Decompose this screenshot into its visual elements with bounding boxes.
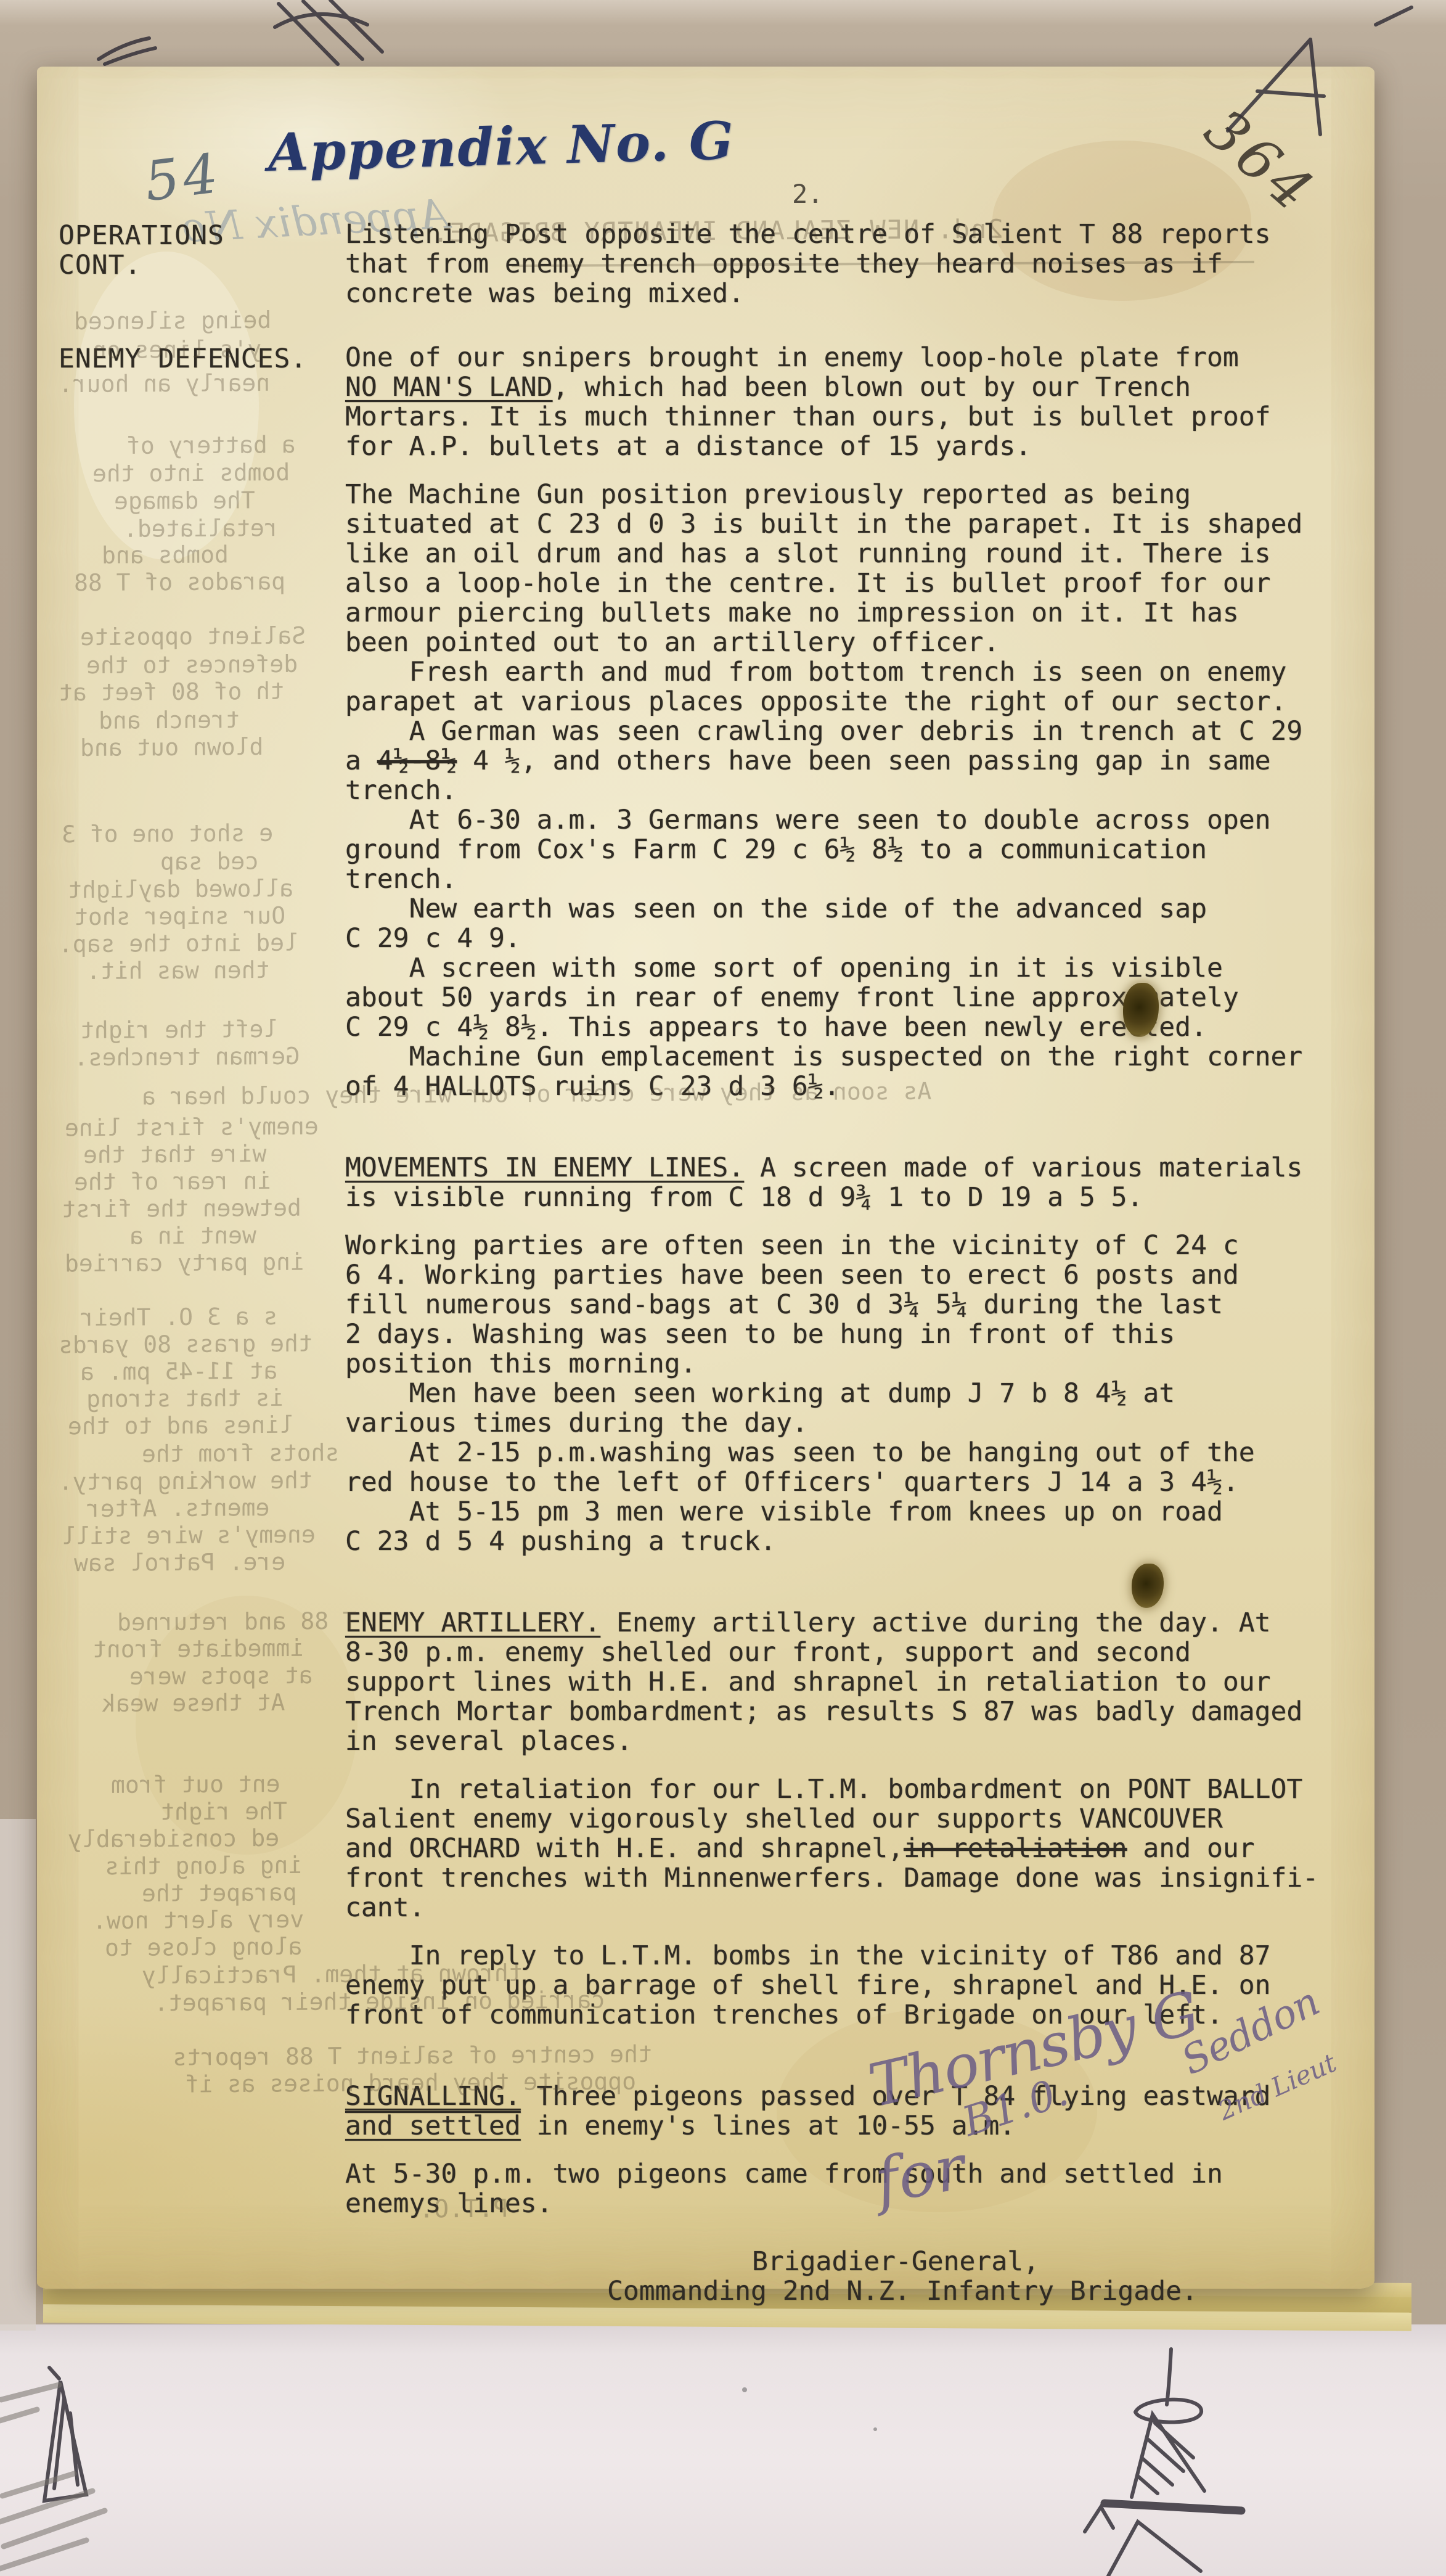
- bleedthrough-fragment: bombs into the: [92, 459, 290, 487]
- bleedthrough-fragment: ing along this: [105, 1852, 303, 1880]
- bleedthrough-fragment: bombs and: [102, 541, 229, 568]
- bleedthrough-fragment: The damage: [114, 486, 255, 515]
- bleedthrough-fragment: the centre of salient T 88 reports: [173, 2040, 652, 2070]
- bleedthrough-fragment: s a 3 O. Their: [80, 1303, 278, 1331]
- bleedthrough-fragment: enemy's first line: [65, 1113, 319, 1142]
- bleedthrough-fragment: shots from the: [142, 1439, 340, 1467]
- bleedthrough-fragment: immediate front: [92, 1635, 304, 1663]
- bleedthrough-fragment: ements. After: [86, 1494, 270, 1522]
- bleedthrough-fragment: very alert now.: [92, 1906, 304, 1934]
- bleedthrough-fragment: along close to: [105, 1933, 303, 1961]
- bleedthrough-fragment: thrown at them. Practically: [142, 1959, 523, 1989]
- bleedthrough-fragment: wire that the: [83, 1140, 267, 1168]
- bleedthrough-fragment: ing party carried: [65, 1249, 304, 1278]
- bleedthrough-fragment: opposite they heard noises as if: [185, 2067, 636, 2098]
- bleedthrough-fragment: As soon as they were clear of our wire t…: [142, 1078, 931, 1110]
- bleedthrough-fragment: being silenced: [74, 306, 272, 335]
- bleedthrough-fragment: T 88 and returned: [117, 1607, 357, 1636]
- bleedthrough-fragment: nearly an hour.: [59, 369, 270, 398]
- bleedthrough-fragment: The right: [160, 1797, 287, 1825]
- bleedthrough-fragment: led into the sap.: [59, 929, 298, 958]
- bleedthrough-fragment: Salient opposite: [80, 622, 306, 651]
- bleedthrough-fragment: ed considerably: [68, 1824, 279, 1853]
- bleedthrough-fragment: then was hit.: [86, 956, 270, 985]
- bleedthrough-fragment: blown out and: [80, 733, 264, 761]
- bleedthrough-fragment: in rear of the: [74, 1167, 272, 1196]
- bleedthrough-fragment: a battery of: [126, 431, 296, 459]
- bleedthrough-layer: being silencedy's lines onnearly an hour…: [0, 0, 1446, 2576]
- bleedthrough-fragment: trench and: [99, 706, 240, 734]
- bleedthrough-fragment: German trenches.: [74, 1043, 300, 1072]
- bleedthrough-fragment: went in a: [129, 1221, 256, 1249]
- bleedthrough-fragment: between the first: [62, 1194, 301, 1223]
- bleedthrough-fragment: allowed daylight: [68, 875, 293, 904]
- bleedthrough-fragment: carried on inside their parapet.: [154, 1986, 605, 2016]
- bleedthrough-fragment: At these weak: [102, 1689, 285, 1717]
- bleedthrough-fragment: ent out from: [111, 1770, 280, 1799]
- bleedthrough-fragment: parapet the: [142, 1879, 297, 1907]
- bleedthrough-fragment: enemy's wire still: [62, 1521, 316, 1550]
- bleedthrough-fragment: ced sap: [160, 847, 259, 875]
- bleedthrough-fragment: lines and to the: [68, 1411, 293, 1440]
- bleedthrough-fragment: y's lines on: [92, 335, 262, 364]
- bleedthrough-fragment: left the right: [80, 1015, 278, 1044]
- bleedthrough-fragment: retaliated.: [123, 514, 279, 543]
- bleedthrough-fragment: e shot one of 3: [62, 819, 273, 848]
- bleedthrough-fragment: the working party.: [59, 1467, 312, 1496]
- bleedthrough-fragment: at 11-45 pm. a: [80, 1357, 278, 1385]
- bleedthrough-fragment: at spots were: [129, 1662, 313, 1690]
- bleedthrough-fragment: ere. Patrol saw: [74, 1548, 285, 1577]
- bleedthrough-fragment: th of 80 feet at: [59, 678, 284, 707]
- bleedthrough-fragment: Our sniper shot: [74, 902, 285, 930]
- bleedthrough-fragment: defences to the: [86, 650, 298, 679]
- bleedthrough-fragment: parados of T 88: [74, 568, 285, 596]
- bleedthrough-fragment: is that strong: [86, 1384, 284, 1413]
- scanned-document-photo: 54 Appendix No. G Appendix No 2. 364 2nd…: [0, 0, 1446, 2576]
- bleedthrough-fragment: the grass 80 yards: [59, 1330, 312, 1359]
